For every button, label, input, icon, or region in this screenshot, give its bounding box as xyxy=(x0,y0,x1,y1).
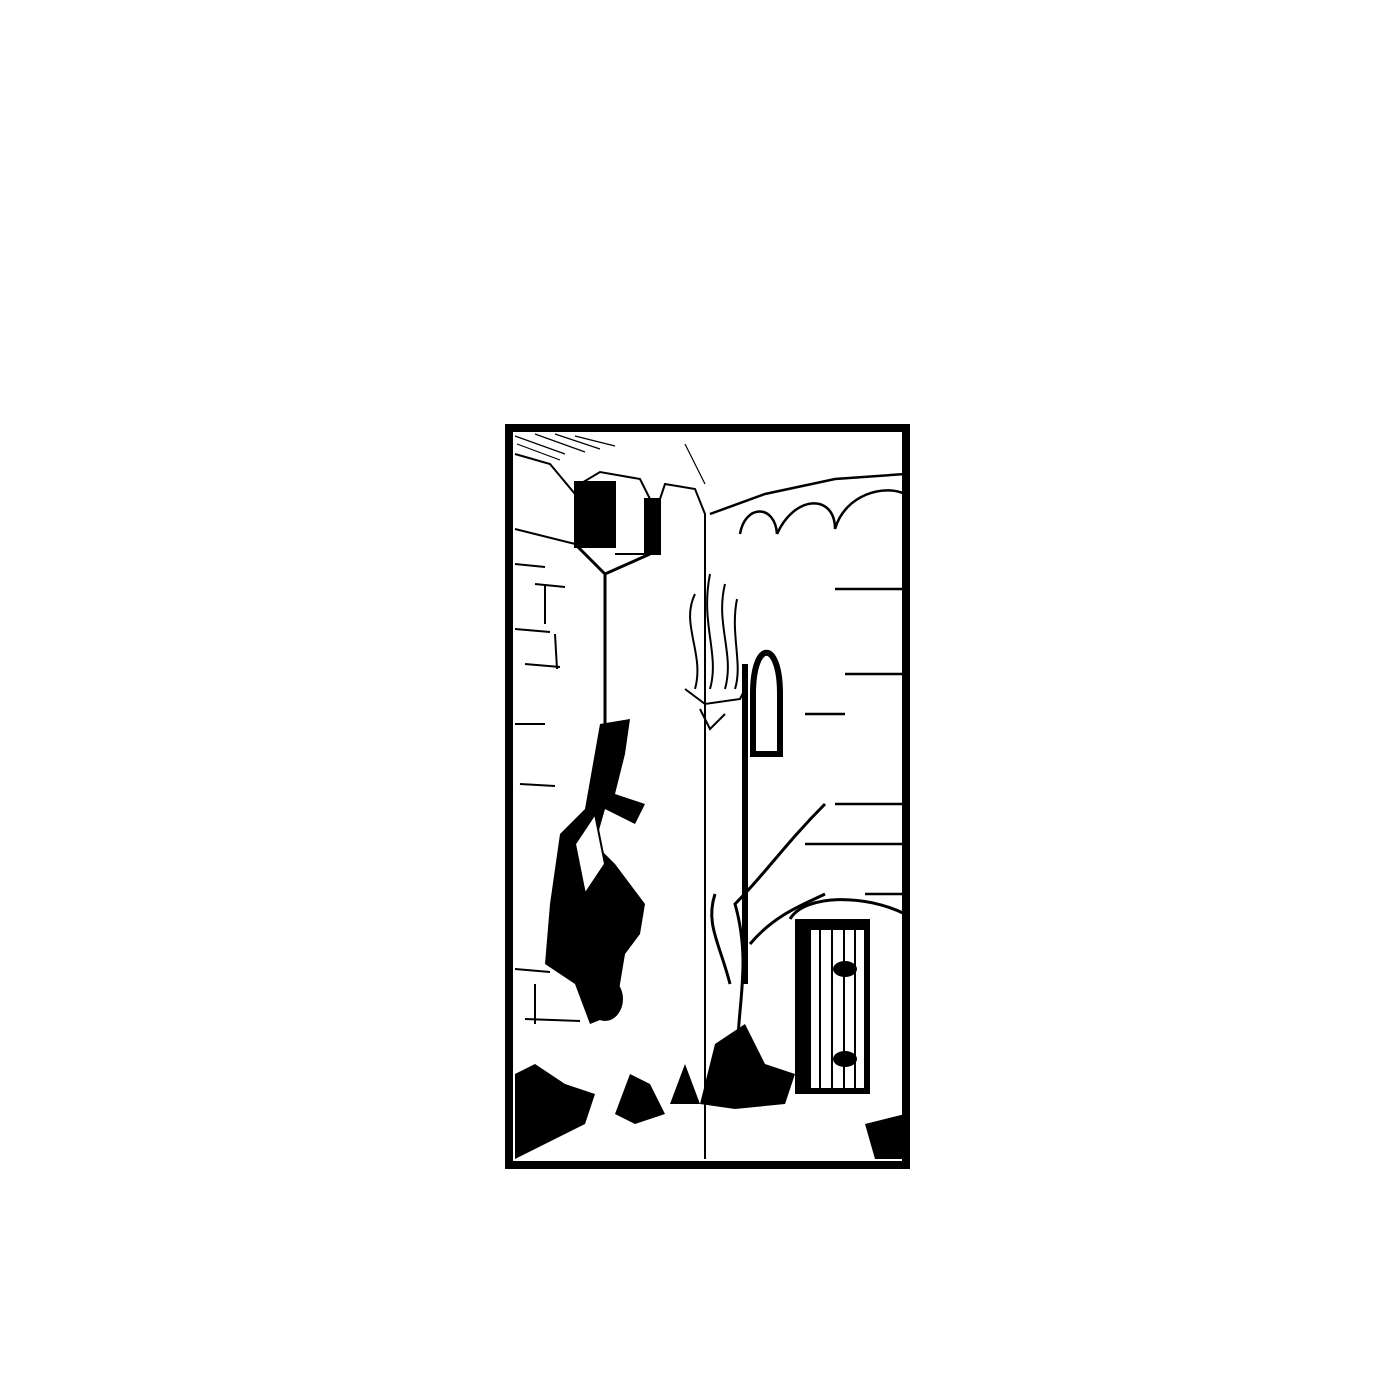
woodcut-illustration xyxy=(505,424,910,1169)
